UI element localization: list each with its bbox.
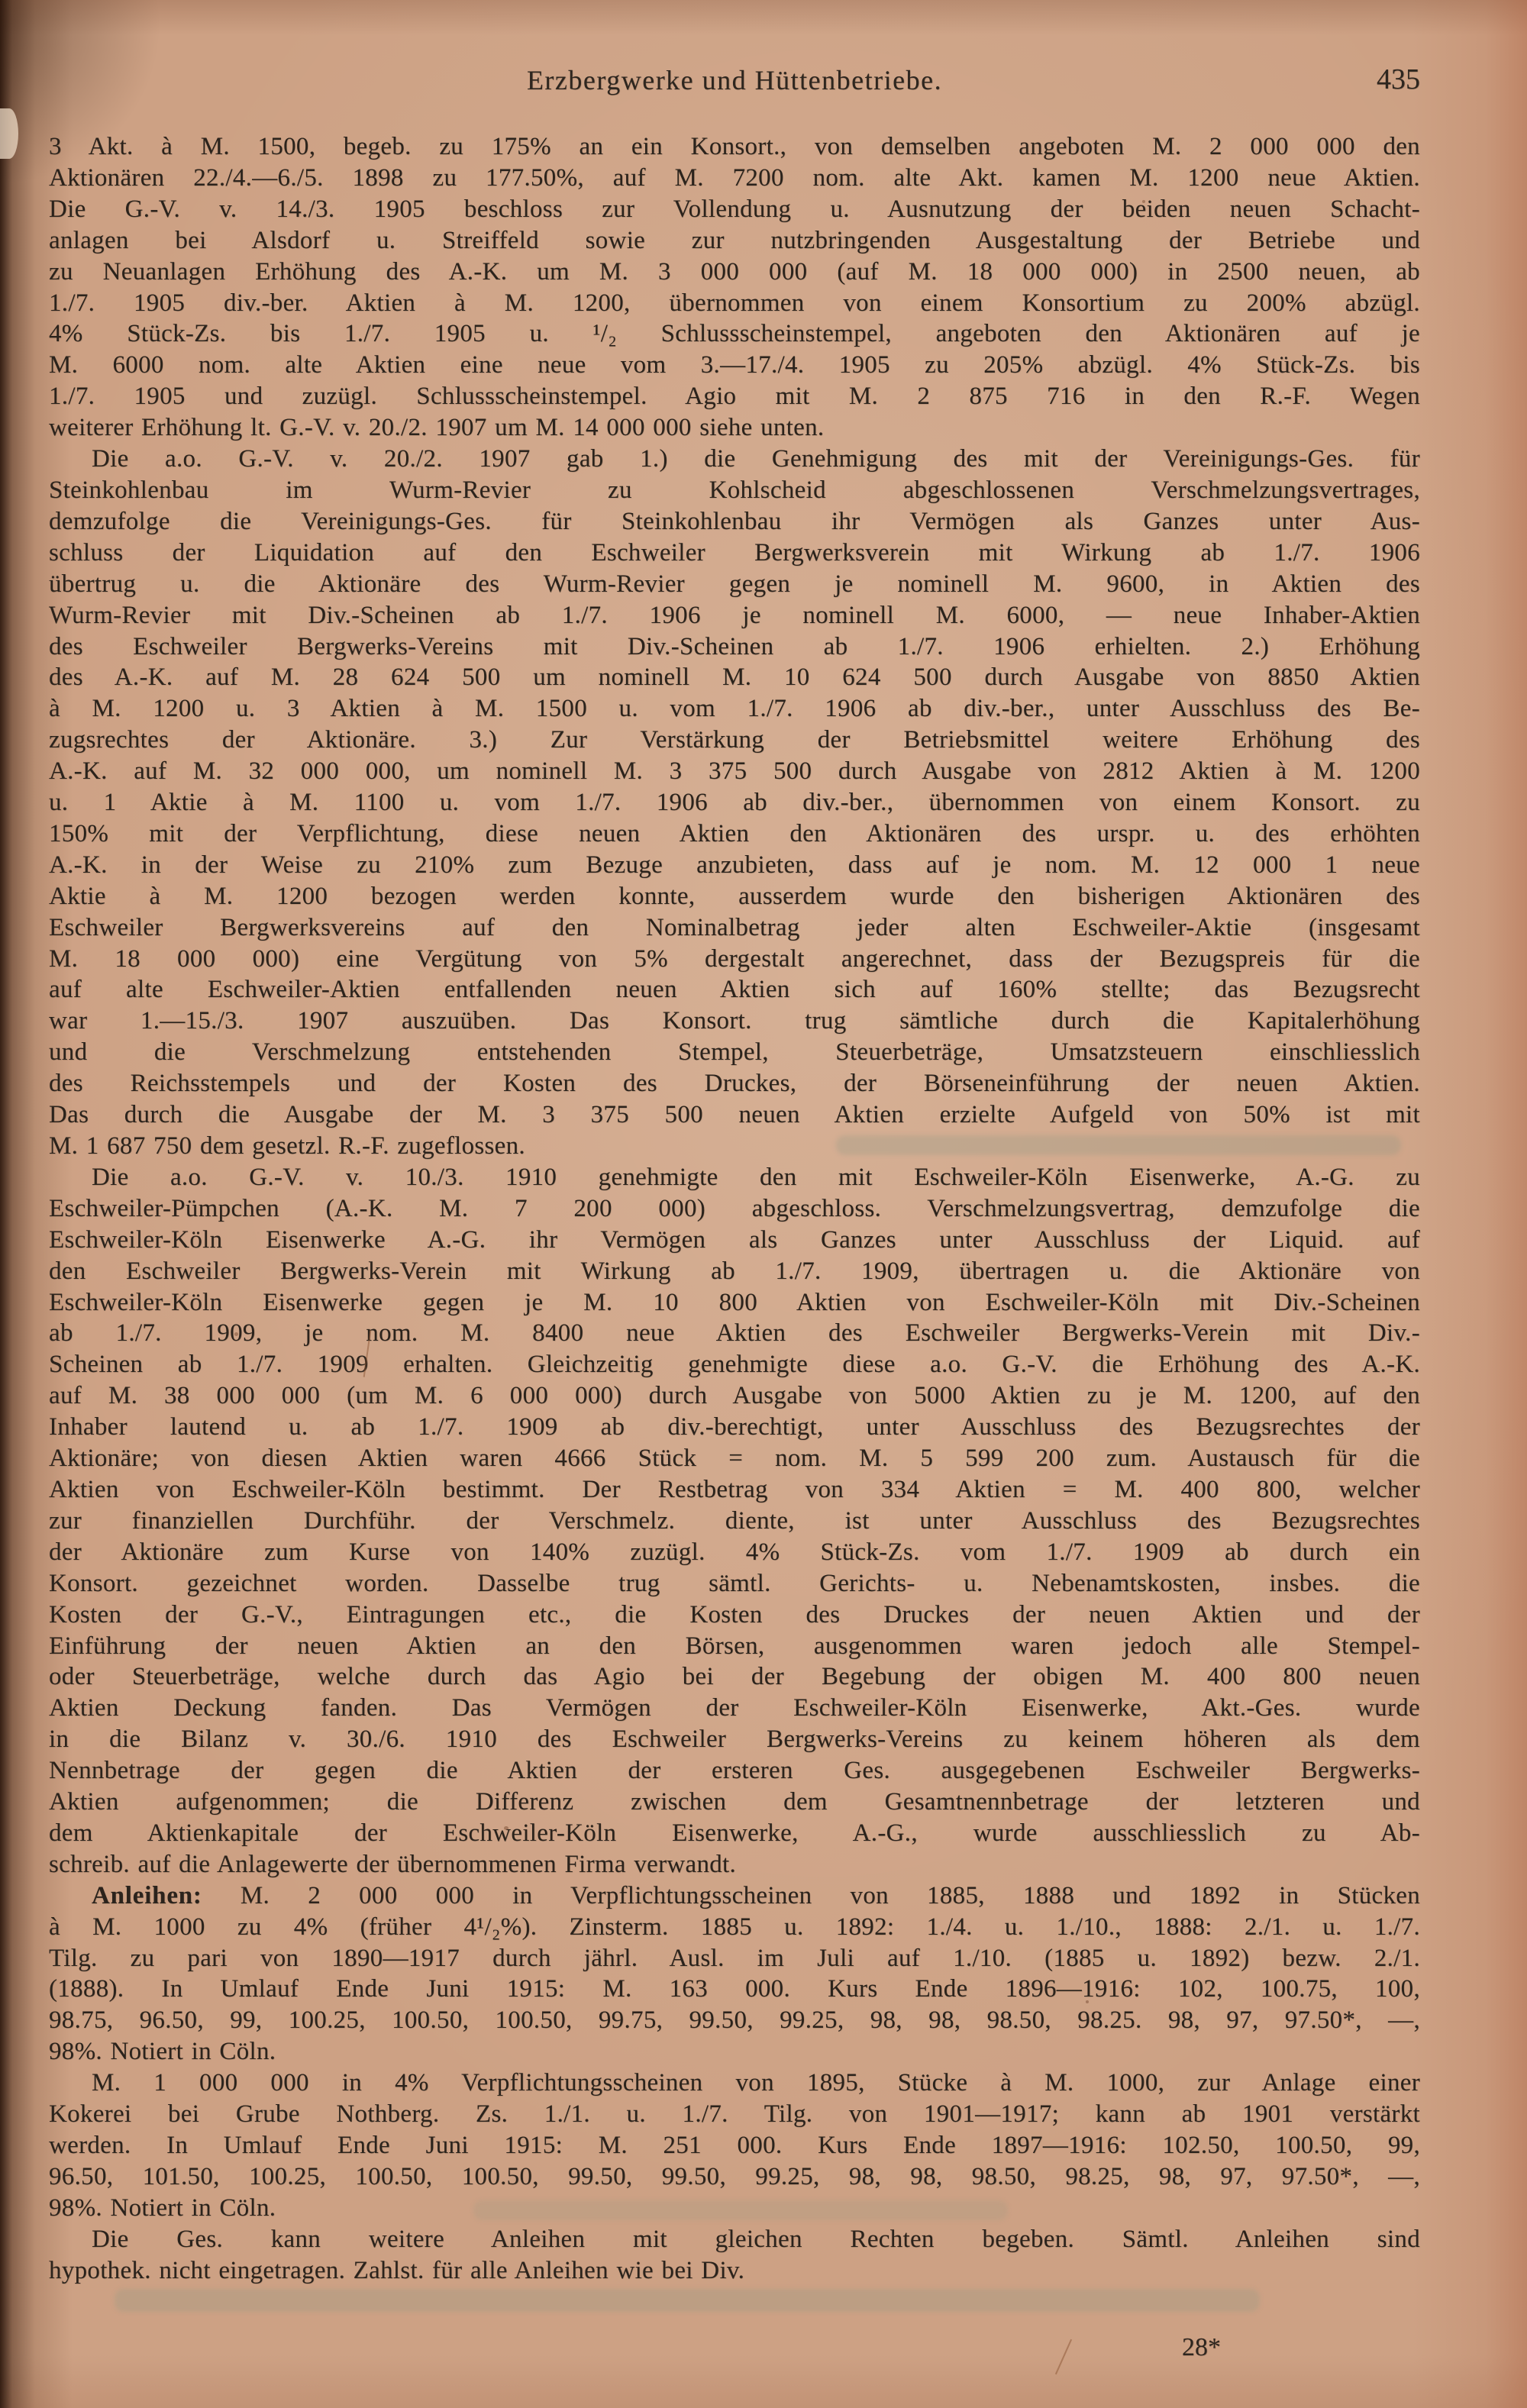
text-line: der Aktionäre zum Kurse von 140% zuzügl.… — [49, 1537, 1420, 1568]
text-line: schluss der Liquidation auf den Eschweil… — [49, 537, 1420, 569]
text-line: zugsrechtes der Aktionäre. 3.) Zur Verst… — [49, 725, 1420, 756]
text-line: 3 Akt. à M. 1500, begeb. zu 175% an ein … — [49, 131, 1420, 163]
text-line: Eschweiler-Köln Eisenwerke A.-G. ihr Ver… — [49, 1225, 1420, 1256]
text-line: auf alte Eschweiler-Aktien entfallenden … — [49, 974, 1420, 1005]
text-line: Anleihen: M. 2 000 000 in Verpflichtungs… — [49, 1880, 1420, 1912]
text-block: 3 Akt. à M. 1500, begeb. zu 175% an ein … — [49, 131, 1420, 2287]
text-line: Konsort. gezeichnet worden. Dasselbe tru… — [49, 1568, 1420, 1599]
text-line: Scheinen ab 1./7. 1909 erhalten. Gleichz… — [49, 1349, 1420, 1380]
text-line: Aktien von Eschweiler-Köln bestimmt. Der… — [49, 1474, 1420, 1506]
text-line: des A.-K. auf M. 28 624 500 um nominell … — [49, 662, 1420, 693]
text-line: Die a.o. G.-V. v. 20./2. 1907 gab 1.) di… — [49, 444, 1420, 475]
text-line: 98%. Notiert in Cöln. — [49, 2036, 1420, 2067]
text-line: schreib. auf die Anlagewerte der übernom… — [49, 1849, 1420, 1880]
paper-speck — [536, 2237, 539, 2242]
text-line: Einführung der neuen Aktien an den Börse… — [49, 1631, 1420, 1662]
text-line: Eschweiler-Pümpchen (A.-K. M. 7 200 000)… — [49, 1193, 1420, 1225]
paper-fiber — [1055, 2339, 1072, 2374]
page-number: 435 — [1377, 63, 1420, 96]
text-line: A.-K. in der Weise zu 210% zum Bezuge an… — [49, 850, 1420, 881]
text-line: Die G.-V. v. 14./3. 1905 beschloss zur V… — [49, 194, 1420, 225]
text-line: Eschweiler Bergwerksvereins auf den Nomi… — [49, 912, 1420, 944]
text-line: Nennbetrage der gegen die Aktien der ers… — [49, 1755, 1420, 1787]
text-line: weiterer Erhöhung lt. G.-V. v. 20./2. 19… — [49, 412, 1420, 444]
text-line: M. 6000 nom. alte Aktien eine neue vom 3… — [49, 350, 1420, 381]
text-line: den Eschweiler Bergwerks-Verein mit Wirk… — [49, 1256, 1420, 1287]
text-line: 98.75, 96.50, 99, 100.25, 100.50, 100.50… — [49, 2005, 1420, 2036]
text-line: Die a.o. G.-V. v. 10./3. 1910 genehmigte… — [49, 1162, 1420, 1193]
paper-speck — [1142, 200, 1145, 203]
text-line: zu Neuanlagen Erhöhung des A.-K. um M. 3… — [49, 257, 1420, 288]
text-line: M. 1 687 750 dem gesetzl. R.-F. zugeflos… — [49, 1131, 1420, 1162]
text-line: Steinkohlenbau im Wurm-Revier zu Kohlsch… — [49, 475, 1420, 506]
text-line: à M. 1000 zu 4% (früher 4¹/₂%). Zinsterm… — [49, 1912, 1420, 1943]
text-line: Die Ges. kann weitere Anleihen mit gleic… — [49, 2224, 1420, 2255]
text-line: Aktien Deckung fanden. Das Vermögen der … — [49, 1693, 1420, 1724]
text-line: auf M. 38 000 000 (um M. 6 000 000) durc… — [49, 1380, 1420, 1412]
text-line: Aktie à M. 1200 bezogen werden konnte, a… — [49, 881, 1420, 912]
text-line: des Reichsstempels und der Kosten des Dr… — [49, 1068, 1420, 1099]
text-line: hypothek. nicht eingetragen. Zahlst. für… — [49, 2255, 1420, 2287]
printers-signature-mark: 28* — [1182, 2333, 1221, 2362]
text-line: des Eschweiler Bergwerks-Vereins mit Div… — [49, 631, 1420, 663]
text-line: Tilg. zu pari von 1890—1917 durch jährl.… — [49, 1943, 1420, 1974]
text-line: oder Steuerbeträge, welche durch das Agi… — [49, 1661, 1420, 1693]
text-line: Kosten der G.-V., Eintragungen etc., die… — [49, 1599, 1420, 1631]
text-line: und die Verschmelzung entstehenden Stemp… — [49, 1037, 1420, 1068]
text-line: Eschweiler-Köln Eisenwerke gegen je M. 1… — [49, 1287, 1420, 1319]
text-line: Aktien aufgenommen; die Differenz zwisch… — [49, 1787, 1420, 1818]
text-line: Kokerei bei Grube Nothberg. Zs. 1./1. u.… — [49, 2099, 1420, 2130]
text-line: M. 18 000 000) eine Vergütung von 5% der… — [49, 944, 1420, 975]
text-line: 98%. Notiert in Cöln. — [49, 2193, 1420, 2224]
text-line: dem Aktienkapitale der Eschweiler-Köln E… — [49, 1818, 1420, 1849]
text-line: à M. 1200 u. 3 Aktien à M. 1500 u. vom 1… — [49, 693, 1420, 725]
text-line: Wurm-Revier mit Div.-Scheinen ab 1./7. 1… — [49, 600, 1420, 631]
text-line: werden. In Umlauf Ende Juni 1915: M. 251… — [49, 2130, 1420, 2161]
text-line: u. 1 Aktie à M. 1100 u. vom 1./7. 1906 a… — [49, 787, 1420, 818]
text-line: anlagen bei Alsdorf u. Streiffeld sowie … — [49, 225, 1420, 257]
paper-speck — [504, 1826, 508, 1830]
running-header-title: Erzbergwerke und Hüttenbetriebe. — [49, 64, 1420, 96]
text-line: Aktionäre; von diesen Aktien waren 4666 … — [49, 1443, 1420, 1474]
text-line: demzufolge die Vereinigungs-Ges. für Ste… — [49, 506, 1420, 537]
text-line: 1./7. 1905 div.-ber. Aktien à M. 1200, ü… — [49, 288, 1420, 319]
text-line: 1./7. 1905 und zuzügl. Schlussscheinstem… — [49, 381, 1420, 412]
text-line: 4% Stück-Zs. bis 1./7. 1905 u. ¹/₂ Schlu… — [49, 318, 1420, 350]
text-line: Inhaber lautend u. ab 1./7. 1909 ab div.… — [49, 1412, 1420, 1443]
text-line: 150% mit der Verpflichtung, diese neuen … — [49, 818, 1420, 850]
paper-speck — [1086, 2000, 1089, 2003]
paragraph-lead-label: Anleihen: — [92, 1882, 202, 1909]
text-line: ab 1./7. 1909, je nom. M. 8400 neue Akti… — [49, 1318, 1420, 1349]
text-line: war 1.—15./3. 1907 auszuüben. Das Konsor… — [49, 1005, 1420, 1037]
text-line: zur finanziellen Durchführ. der Verschme… — [49, 1506, 1420, 1537]
book-page: Erzbergwerke und Hüttenbetriebe. 435 3 A… — [0, 0, 1527, 2408]
text-line: 96.50, 101.50, 100.25, 100.50, 100.50, 9… — [49, 2161, 1420, 2193]
text-line: A.-K. auf M. 32 000 000, um nominell M. … — [49, 756, 1420, 787]
page-header: Erzbergwerke und Hüttenbetriebe. 435 — [49, 64, 1420, 101]
text-line: übertrug u. die Aktionäre des Wurm-Revie… — [49, 569, 1420, 600]
show-through-ghost — [115, 2289, 1260, 2312]
text-line: Aktionären 22./4.—6./5. 1898 zu 177.50%,… — [49, 163, 1420, 194]
text-line: M. 1 000 000 in 4% Verpflichtungsscheine… — [49, 2067, 1420, 2099]
text-line: Das durch die Ausgabe der M. 3 375 500 n… — [49, 1099, 1420, 1131]
paper-chip — [0, 108, 18, 159]
text-line: (1888). In Umlauf Ende Juni 1915: M. 163… — [49, 1974, 1420, 2005]
paper-speck — [234, 1332, 238, 1336]
text-line: in die Bilanz v. 30./6. 1910 des Eschwei… — [49, 1724, 1420, 1755]
